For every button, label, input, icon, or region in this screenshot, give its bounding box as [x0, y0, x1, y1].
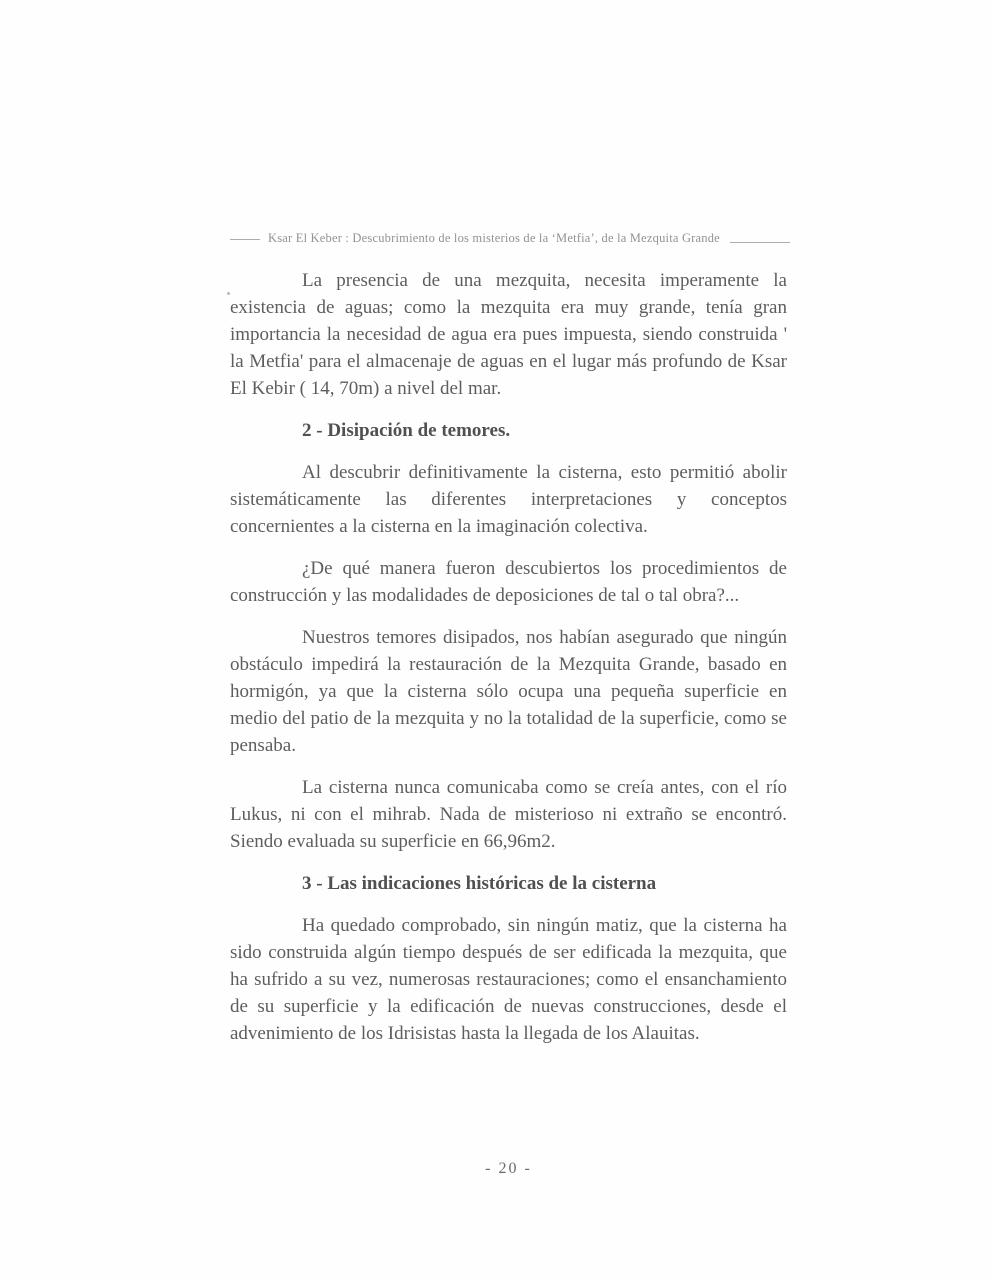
document-page: Ksar El Keber : Descubrimiento de los mi… — [0, 0, 990, 1280]
running-header: Ksar El Keber : Descubrimiento de los mi… — [230, 230, 790, 246]
paragraph-1: La presencia de una mezquita, necesita i… — [230, 267, 787, 402]
running-title: Ksar El Keber : Descubrimiento de los mi… — [268, 230, 720, 246]
paragraph-3: ¿De qué manera fueron descubiertos los p… — [230, 555, 787, 609]
header-rule-left — [230, 239, 260, 240]
section-heading-3: 3 - Las indicaciones históricas de la ci… — [230, 870, 787, 897]
header-rule-right — [730, 242, 790, 243]
paragraph-5: La cisterna nunca comunicaba como se cre… — [230, 774, 787, 855]
page-number: - 20 - — [230, 1160, 787, 1178]
paragraph-6: Ha quedado comprobado, sin ningún matiz,… — [230, 912, 787, 1047]
paragraph-2: Al descubrir definitivamente la cisterna… — [230, 459, 787, 540]
paragraph-4: Nuestros temores disipados, nos habían a… — [230, 624, 787, 759]
document-body: La presencia de una mezquita, necesita i… — [230, 267, 787, 1062]
section-heading-2: 2 - Disipación de temores. — [230, 417, 787, 444]
